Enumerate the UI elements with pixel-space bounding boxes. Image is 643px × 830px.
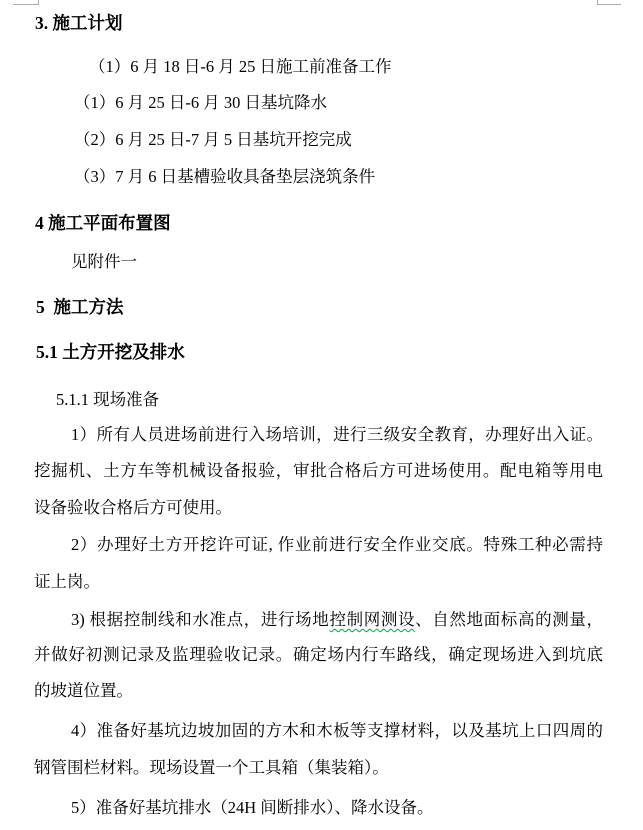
text-boundary-mark-top-left — [13, 0, 39, 5]
para4-line2: 钢管围栏材料。现场设置一个工具箱（集装箱）。 — [34, 757, 389, 778]
heading-section-5: 5 施工方法 — [36, 297, 124, 318]
para3-line3: 的坡道位置。 — [34, 680, 133, 701]
section3-item-4: （3）7 月 6 日基槽验收具备垫层浇筑条件 — [74, 166, 375, 187]
para1-line1: 1）所有人员进场前进行入场培训，进行三级安全教育，办理好出入证。 — [34, 424, 603, 445]
para3-line2: 并做好初测记录及监理验收记录。确定场内行车路线，确定现场进入到坑底 — [34, 644, 603, 665]
para1-line2: 挖掘机、土方车等机械设备报验，审批合格后方可进场使用。配电箱等用电 — [34, 460, 603, 481]
para2-line2: 证上岗。 — [34, 571, 100, 592]
text-boundary-mark-top-right — [597, 0, 621, 5]
spellcheck-squiggle-text: 控制网测设 — [329, 610, 415, 629]
para3-line1-tail: 、自然地面标高的测量， — [415, 610, 603, 629]
section3-item-3: （2）6 月 25 日-7 月 5 日基坑开挖完成 — [74, 129, 352, 150]
section3-item-2: （1）6 月 25 日-6 月 30 日基坑降水 — [74, 92, 327, 113]
heading-section-5-1: 5.1 土方开挖及排水 — [36, 342, 185, 363]
heading-section-3: 3. 施工计划 — [35, 13, 123, 34]
heading-section-5-1-1: 5.1.1 现场准备 — [56, 389, 159, 410]
para2-line1: 2）办理好土方开挖许可证, 作业前进行安全作业交底。特殊工种必需持 — [34, 534, 603, 555]
para3-line1: 3) 根据控制线和水准点，进行场地控制网测设、自然地面标高的测量， — [34, 609, 603, 630]
para5-line1: 5）准备好基坑排水（24H 间断排水）、降水设备。 — [71, 797, 434, 818]
para1-line3: 设备验收合格后方可使用。 — [34, 497, 232, 518]
document-page: 3. 施工计划 （1）6 月 18 日-6 月 25 日施工前准备工作 （1）6… — [0, 0, 643, 830]
para4-line1: 4）准备好基坑边坡加固的方木和木板等支撑材料，以及基坑上口四周的 — [34, 720, 603, 741]
section3-item-1: （1）6 月 18 日-6 月 25 日施工前准备工作 — [89, 56, 392, 77]
section4-body: 见附件一 — [71, 251, 137, 272]
para3-line1-text: 3) 根据控制线和水准点，进行场地 — [71, 610, 329, 629]
heading-section-4: 4 施工平面布置图 — [35, 213, 171, 234]
